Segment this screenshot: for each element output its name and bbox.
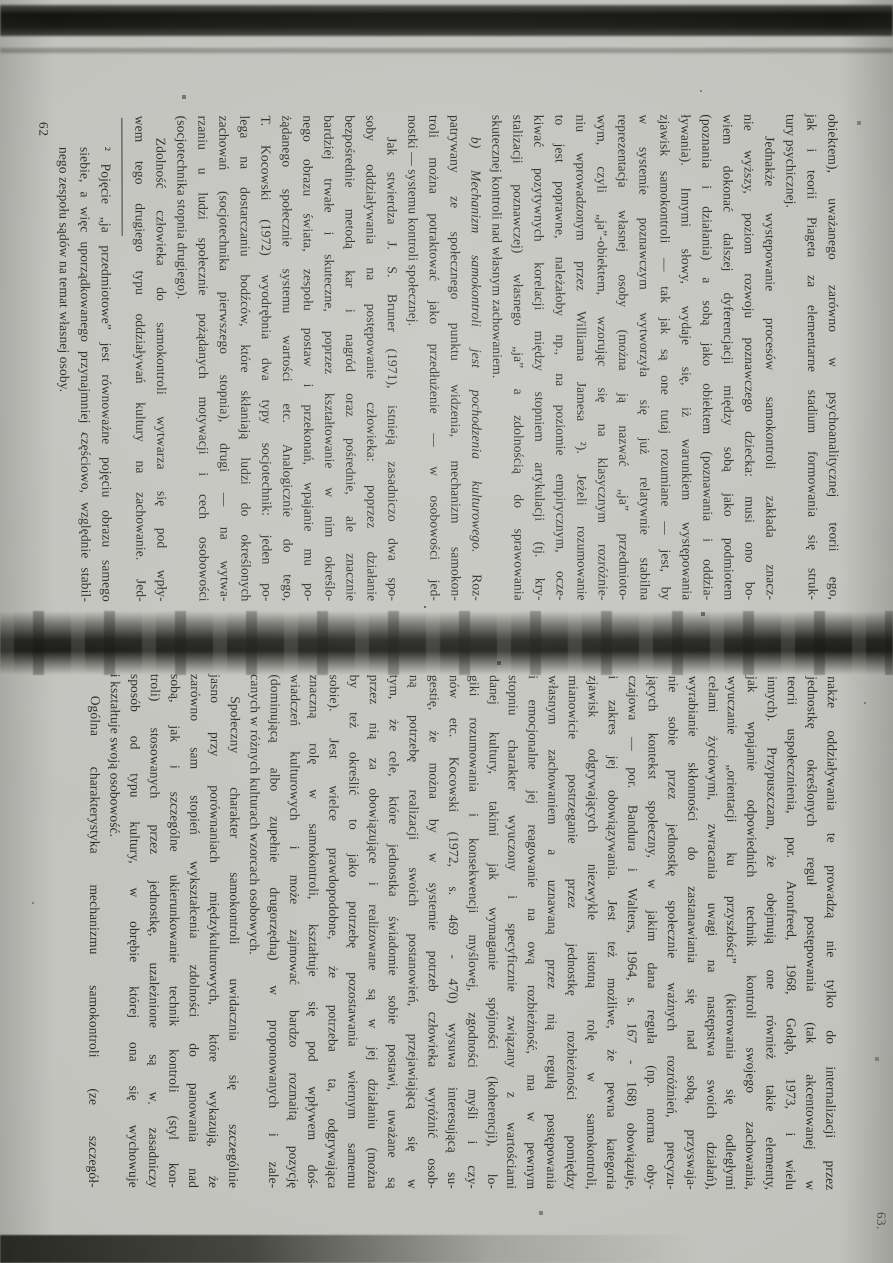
text-line: niu wprowadzonym przez Williama Jamesa ²… [570, 115, 592, 601]
text-line: jących kontekst społeczny, w jakim dana … [641, 676, 663, 1190]
text-line: nostki — systemu kontroli społecznej. [402, 115, 424, 601]
text-line: nie wyższy, poziom rozwoju poznawczego d… [738, 114, 760, 600]
text-line: teorii uspołecznienia, por. Aronfreed, 1… [780, 676, 802, 1190]
page-63-number: 63. [873, 1212, 889, 1230]
book-spread: obiektem), uważanego zarówno w psychoana… [0, 0, 893, 1263]
text-line: nakże oddziaływania te prowadzą nie tylk… [820, 676, 842, 1190]
text-line: w systemie poznawczym wytworzyła się już… [633, 114, 655, 600]
text-line: Jak stwierdza J. S. Bruner (1971), istni… [381, 115, 403, 601]
text-line: siebie, a więc uporządkowanego przynajmn… [74, 147, 96, 602]
text-line: danej kultury, takimi jak wymaganie spój… [482, 675, 504, 1189]
text-line: sobie). Jest wielce prawdopodobne, że po… [323, 675, 345, 1189]
text-line: rzaniu u ludzi społecznie pożądanych mot… [192, 116, 214, 602]
text-line: wyuczanie „orientacji ku przyszłości” (k… [721, 676, 743, 1190]
text-line: stopniu charakter wyuczony i specyficzni… [502, 675, 524, 1189]
text-line: jak wpajanie odpowiednich technik kontro… [741, 676, 763, 1190]
page-62-number: 62 [35, 122, 52, 602]
text-line: zjawisk odgrywających niezwykle istotną … [581, 675, 603, 1189]
text-line: wiem dokonać dalszej dyferencjacji międz… [717, 114, 739, 600]
text-line: wym, czyli „ja”-obiektem, wzorując się n… [591, 115, 613, 601]
text-line: bardziej trwałe i skuteczne, poprzez ksz… [318, 115, 340, 601]
text-line: T. Kocowski (1972) wyodrębnia dwa typy s… [255, 115, 277, 601]
text-line: Zdolność człowieka do samokontroli wytwa… [150, 116, 172, 602]
text-line: (dominującą albo zupełnie drugorzędną) w… [263, 674, 285, 1188]
text-line: żądanego społecznie systemu wartości etc… [276, 115, 298, 601]
text-line: jasno przy porównaniach międzykulturowyc… [203, 674, 225, 1188]
text-line: ną potrzebę realizacji swoich postanowie… [402, 675, 424, 1189]
text-line: Społeczny charakter samokontroli uwidacz… [223, 674, 245, 1188]
footnote-rule [121, 118, 122, 236]
text-line: ² Pojęcie „ja przedmiotowe” jest równowa… [95, 147, 117, 602]
text-line: stalizacji poznawczej) własnego „ja” a z… [507, 115, 529, 601]
text-line: i zakres jej obowiązywania. Jest też moż… [601, 675, 623, 1189]
text-line: nego zespołu sądów na temat własnej osob… [53, 147, 75, 602]
text-line: zjawisk samokontroli — tak jak są one tu… [654, 114, 676, 600]
text-line: skutecznej kontroli nad własnym zachowan… [486, 115, 508, 601]
text-line: obiektem), uważanego zarówno w psychoana… [822, 114, 844, 600]
text-line: ływania). Innymi słowy, wydaje się, iż w… [675, 114, 697, 600]
page-62: obiektem), uważanego zarówno w psychoana… [35, 114, 844, 602]
text-line: Ogólna charakterystyka mechanizmu samoko… [84, 674, 106, 1188]
text-line: nów etc. Kocowski (1972, s. 469 - 470) w… [442, 675, 464, 1189]
text-line: jak i teorii Piageta za elementarne stad… [801, 114, 823, 600]
text-line: by też określić to jako potrzebę pozosta… [342, 675, 364, 1189]
text-line: wyrabianie skłonności do zastanawiania s… [681, 676, 703, 1190]
text-line: sobą, jak i szczególne ukierunkowanie te… [163, 674, 185, 1188]
text-line: kiwać pozytywnych korelacji między stopn… [528, 115, 550, 601]
text-line: gestię, że można by w systemie potrzeb c… [422, 675, 444, 1189]
book-scan: obiektem), uważanego zarówno w psychoana… [0, 0, 893, 1263]
text-line: i emocjonalne jej reagowanie na ową rozb… [522, 675, 544, 1189]
text-line: bezpośrednie metodą kar i nagród oraz po… [339, 115, 361, 601]
text-line: troli można potraktować jako przedłużeni… [423, 115, 445, 601]
page-63-text: nakże oddziaływania te prowadzą nie tylk… [84, 674, 842, 1191]
text-line: wiadczeń kulturowych i może zajmować bar… [283, 674, 305, 1188]
text-line: jednostkę określonych reguł postępowania… [800, 676, 822, 1190]
text-line: i kształtuje swoją osobowość. [104, 674, 126, 1188]
text-line: innych). Przypuszczam, że obejmują one r… [760, 676, 782, 1190]
text-line: (poznania i działania) a sobą jako obiek… [696, 114, 718, 600]
text-line: patrywany ze społecznego punktu widzenia… [444, 115, 466, 601]
text-line: lega na dostarczaniu bodźców, które skła… [234, 115, 256, 601]
text-line: zachowań (socjotechnika pierwszego stopn… [213, 116, 235, 602]
text-line: (socjotechnika stopnia drugiego). [171, 116, 193, 602]
text-line: wem tego drugiego typu oddziaływań kultu… [129, 116, 151, 602]
text-line: tury psychicznej. [780, 114, 802, 600]
text-line: troli) stosowanych przez jednostkę, uzal… [143, 674, 165, 1188]
text-line: soby oddziaływania na postępowanie człow… [360, 115, 382, 601]
text-line: znaczną rolę w samokontroli, kształtuje … [303, 674, 325, 1188]
text-line: czajowa — por. Bandura i Walters, 1964, … [621, 676, 643, 1190]
text-line: przez nią za obowiązujące i realizowane … [362, 675, 384, 1189]
text-line: sposób od typu kultury, w obrębie której… [123, 674, 145, 1188]
text-line: mianowicie postrzeganie przez jednostkę … [561, 675, 583, 1189]
text-line: giki rozumowania i konsekwencji myślowej… [462, 675, 484, 1189]
text-line: tym, że cele, które jednostka świadomie … [382, 675, 404, 1189]
page-62-text: obiektem), uważanego zarówno w psychoana… [129, 114, 844, 602]
text-line: Jednakże występowanie procesów samokontr… [759, 114, 781, 600]
text-line: nego obrazu świata, zespołu postaw i prz… [297, 115, 319, 601]
text-line: nie sobie przez jednostkę społecznie waż… [661, 676, 683, 1190]
text-line: zarówno sam stopień wykształcenia zdolno… [183, 674, 205, 1188]
page-62-footnote: ² Pojęcie „ja przedmiotowe” jest równowa… [53, 147, 117, 602]
text-line: własnym zachowaniem a uznawaną przez nią… [542, 675, 564, 1189]
text-line: to jest poprawne, należałoby np., na poz… [549, 115, 571, 601]
text-line: b) Mechanizm samokontroli jest pochodzen… [465, 115, 487, 601]
page-63: nakże oddziaływania te prowadzą nie tylk… [84, 674, 842, 1191]
text-line: reprezentacja własnej osoby (można ją na… [612, 114, 634, 600]
text-line: canych w różnych kulturach wzorcach osob… [243, 674, 265, 1188]
text-line: celami życiowymi, zwracania uwagi na nas… [701, 676, 723, 1190]
